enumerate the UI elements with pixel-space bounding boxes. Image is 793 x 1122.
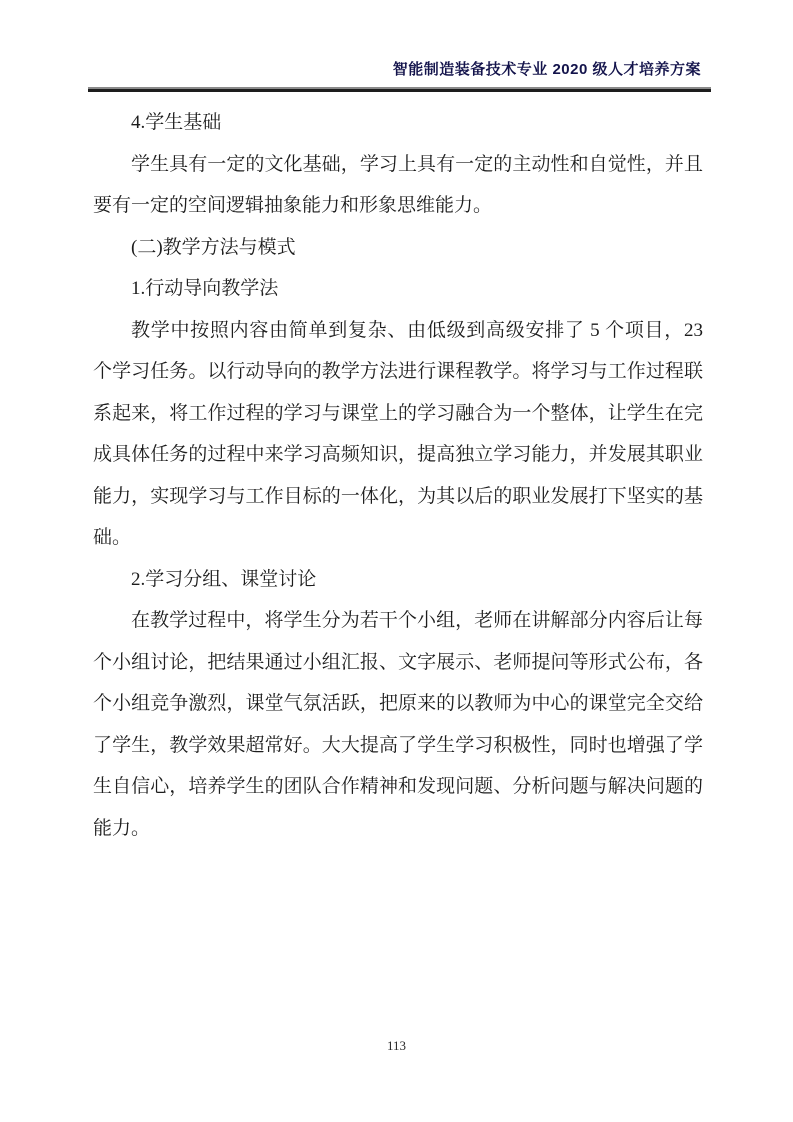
paragraph: 在教学过程中，将学生分为若干个小组，老师在讲解部分内容后让每个小组讨论，把结果通… <box>93 600 703 849</box>
page-header: 智能制造装备技术专业 2020 级人才培养方案 <box>88 58 711 92</box>
section-heading: 1.行动导向教学法 <box>93 268 703 310</box>
section-heading: 2.学习分组、课堂讨论 <box>93 559 703 601</box>
section-heading: 4.学生基础 <box>93 102 703 144</box>
page-number: 113 <box>387 1038 406 1053</box>
page-footer: 113 <box>0 1038 793 1054</box>
section-heading: (二)教学方法与模式 <box>93 227 703 269</box>
document-body: 4.学生基础 学生具有一定的文化基础，学习上具有一定的主动性和自觉性，并且要有一… <box>93 102 703 849</box>
document-page: 智能制造装备技术专业 2020 级人才培养方案 4.学生基础 学生具有一定的文化… <box>0 0 793 1122</box>
paragraph: 学生具有一定的文化基础，学习上具有一定的主动性和自觉性，并且要有一定的空间逻辑抽… <box>93 144 703 227</box>
header-rule <box>88 87 711 92</box>
paragraph: 教学中按照内容由简单到复杂、由低级到高级安排了 5 个项目，23 个学习任务。以… <box>93 310 703 559</box>
header-title: 智能制造装备技术专业 2020 级人才培养方案 <box>88 58 711 79</box>
